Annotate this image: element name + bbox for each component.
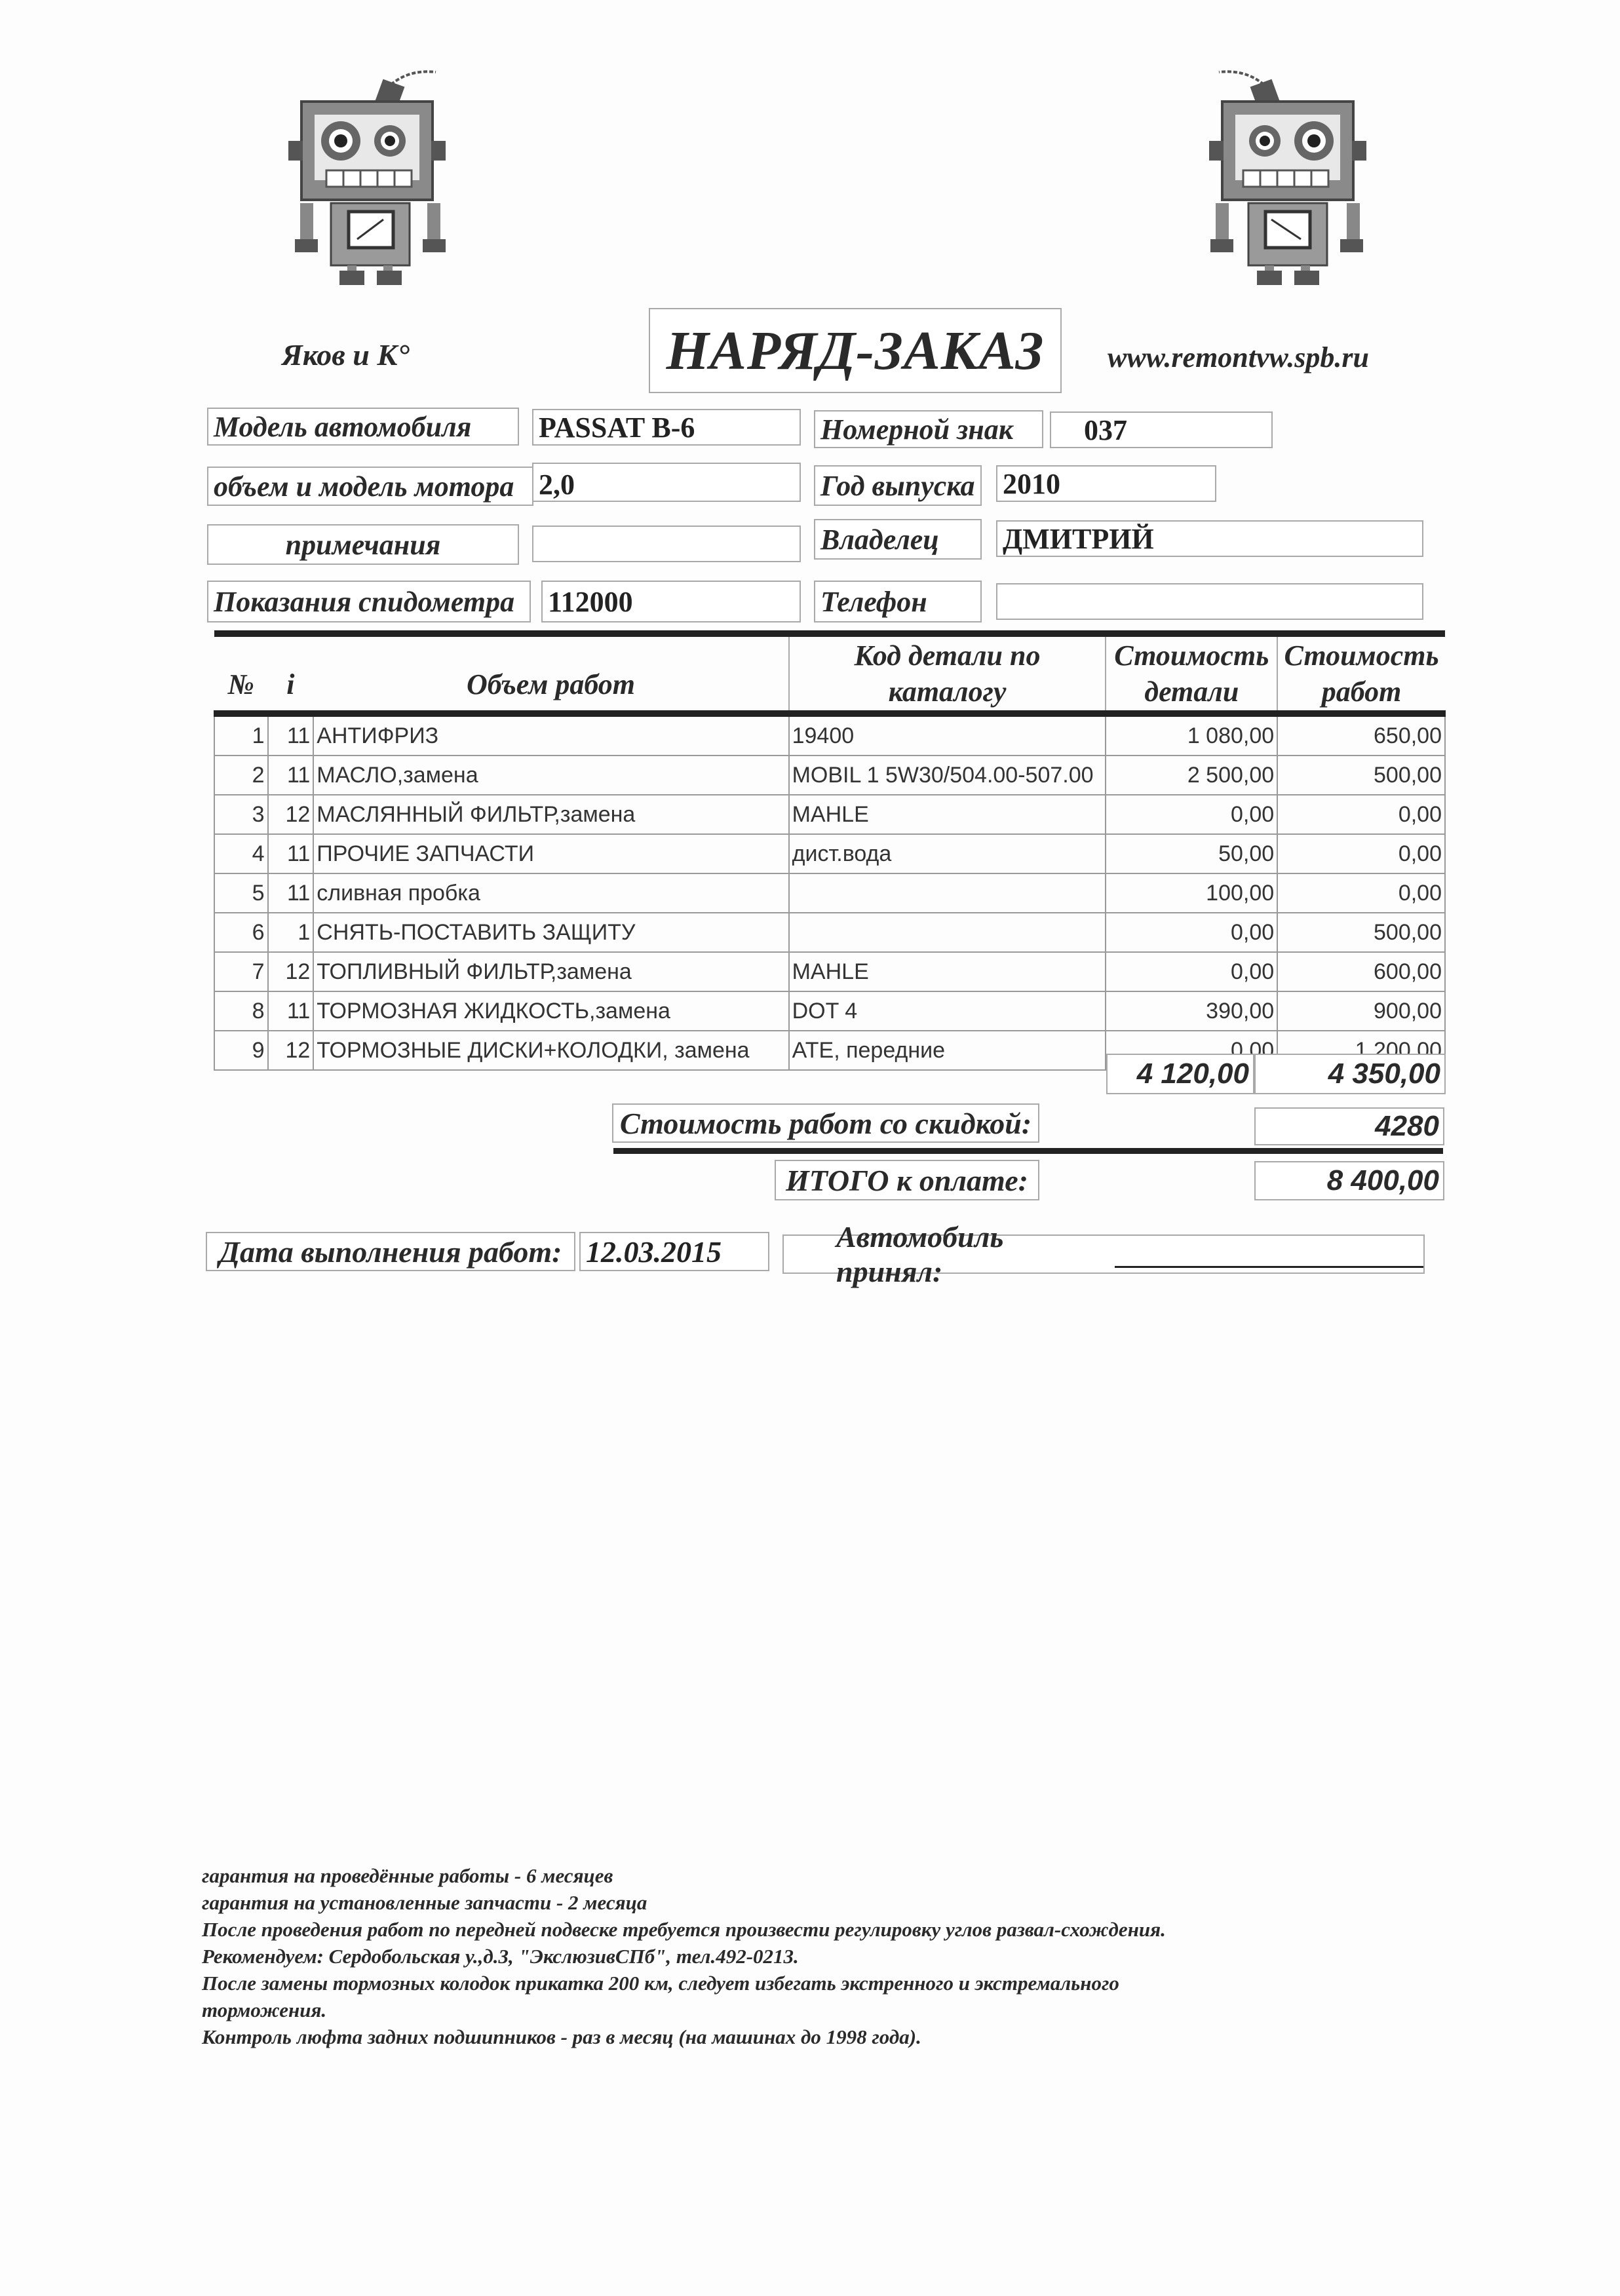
warranty-notes: гарантия на проведённые работы - 6 месяц…	[202, 1862, 1166, 2050]
col-header-work: Объем работ	[313, 634, 788, 714]
row-number: 1	[214, 714, 268, 756]
website-link[interactable]: www.remontvw.spb.ru	[1108, 341, 1369, 374]
row-part-cost: 390,00	[1106, 991, 1277, 1031]
col-header-part-code: Код детали по каталогу	[789, 634, 1106, 714]
row-work-cost: 0,00	[1277, 795, 1445, 834]
row-part-code: MAHLE	[789, 795, 1106, 834]
signature-line[interactable]	[1115, 1241, 1423, 1268]
company-name: Яков и К°	[282, 337, 410, 372]
note-line: После проведения работ по передней подве…	[202, 1916, 1166, 1943]
col-header-part-cost: Стоимость детали	[1106, 634, 1277, 714]
row-part-code: дист.вода	[789, 834, 1106, 873]
row-part-cost: 100,00	[1106, 873, 1277, 913]
plate-field[interactable]: 037	[1050, 411, 1273, 448]
row-number: 3	[214, 795, 268, 834]
accepted-label: Автомобиль принял:	[836, 1219, 1112, 1289]
row-work: ТОРМОЗНЫЕ ДИСКИ+КОЛОДКИ, замена	[313, 1031, 788, 1070]
row-i: 12	[268, 1031, 314, 1070]
table-row: 1 11 АНТИФРИЗ 19400 1 080,00 650,00	[214, 714, 1445, 756]
row-work-cost: 500,00	[1277, 913, 1445, 952]
row-part-cost: 1 080,00	[1106, 714, 1277, 756]
row-work: ПРОЧИЕ ЗАПЧАСТИ	[313, 834, 788, 873]
odometer-field[interactable]: 112000	[541, 581, 801, 622]
row-part-code: MAHLE	[789, 952, 1106, 991]
row-i: 11	[268, 756, 314, 795]
model-field[interactable]: PASSAT B-6	[532, 409, 801, 446]
robot-logo-right-icon	[1209, 62, 1379, 285]
row-i: 1	[268, 913, 314, 952]
summary-divider	[613, 1148, 1443, 1154]
row-work: СНЯТЬ-ПОСТАВИТЬ ЗАЩИТУ	[313, 913, 788, 952]
accepted-box: Автомобиль принял:	[782, 1234, 1425, 1274]
date-label: Дата выполнения работ:	[206, 1232, 575, 1271]
table-row: 6 1 СНЯТЬ-ПОСТАВИТЬ ЗАЩИТУ 0,00 500,00	[214, 913, 1445, 952]
row-work-cost: 0,00	[1277, 834, 1445, 873]
row-i: 12	[268, 952, 314, 991]
row-part-code	[789, 873, 1106, 913]
note-line: Рекомендуем: Сердобольская у.,д.3, "Эксл…	[202, 1943, 1166, 1970]
discount-label: Стоимость работ со скидкой:	[612, 1103, 1039, 1143]
col-header-i: i	[268, 634, 314, 714]
document-title: НАРЯД-ЗАКАЗ	[666, 319, 1045, 383]
row-work-cost: 650,00	[1277, 714, 1445, 756]
notes-field[interactable]	[532, 526, 801, 562]
phone-label: Телефон	[814, 581, 982, 622]
model-label: Модель автомобиля	[207, 408, 519, 446]
row-i: 11	[268, 834, 314, 873]
row-work: сливная пробка	[313, 873, 788, 913]
note-line: Контроль люфта задних подшипников - раз …	[202, 2023, 1166, 2050]
row-part-code: 19400	[789, 714, 1106, 756]
discount-value: 4280	[1254, 1107, 1444, 1145]
note-line: торможения.	[202, 1997, 1166, 2023]
document-title-box: НАРЯД-ЗАКАЗ	[649, 308, 1062, 393]
row-number: 6	[214, 913, 268, 952]
total-label: ИТОГО к оплате:	[775, 1160, 1039, 1200]
row-work-cost: 0,00	[1277, 873, 1445, 913]
row-part-code: ATE, передние	[789, 1031, 1106, 1070]
total-works: 4 350,00	[1254, 1054, 1446, 1094]
plate-label: Номерной знак	[814, 410, 1043, 448]
table-row: 2 11 МАСЛО,замена MOBIL 1 5W30/504.00-50…	[214, 756, 1445, 795]
row-number: 9	[214, 1031, 268, 1070]
works-table: № i Объем работ Код детали по каталогу С…	[214, 630, 1446, 1071]
note-line: После замены тормозных колодок прикатка …	[202, 1970, 1166, 1997]
row-work-cost: 900,00	[1277, 991, 1445, 1031]
row-part-cost: 50,00	[1106, 834, 1277, 873]
row-i: 12	[268, 795, 314, 834]
table-row: 5 11 сливная пробка 100,00 0,00	[214, 873, 1445, 913]
row-part-cost: 0,00	[1106, 795, 1277, 834]
row-number: 7	[214, 952, 268, 991]
col-header-number: №	[214, 634, 268, 714]
table-row: 8 11 ТОРМОЗНАЯ ЖИДКОСТЬ,замена DOT 4 390…	[214, 991, 1445, 1031]
total-value: 8 400,00	[1254, 1161, 1444, 1200]
table-row: 3 12 МАСЛЯННЫЙ ФИЛЬТР,замена MAHLE 0,00 …	[214, 795, 1445, 834]
row-number: 5	[214, 873, 268, 913]
col-header-work-cost: Стоимость работ	[1277, 634, 1445, 714]
row-i: 11	[268, 873, 314, 913]
row-part-cost: 2 500,00	[1106, 756, 1277, 795]
phone-field[interactable]	[996, 583, 1423, 620]
row-part-code	[789, 913, 1106, 952]
row-work: ТОРМОЗНАЯ ЖИДКОСТЬ,замена	[313, 991, 788, 1031]
table-row: 4 11 ПРОЧИЕ ЗАПЧАСТИ дист.вода 50,00 0,0…	[214, 834, 1445, 873]
row-work: ТОПЛИВНЫЙ ФИЛЬТР,замена	[313, 952, 788, 991]
row-work-cost: 600,00	[1277, 952, 1445, 991]
notes-label: примечания	[207, 524, 519, 565]
note-line: гарантия на установленные запчасти - 2 м…	[202, 1889, 1166, 1916]
row-number: 8	[214, 991, 268, 1031]
row-number: 2	[214, 756, 268, 795]
total-parts: 4 120,00	[1106, 1054, 1254, 1094]
odometer-label: Показания спидометра	[207, 581, 531, 622]
engine-label: объем и модель мотора	[207, 467, 533, 506]
row-part-code: MOBIL 1 5W30/504.00-507.00	[789, 756, 1106, 795]
row-i: 11	[268, 991, 314, 1031]
row-work: АНТИФРИЗ	[313, 714, 788, 756]
row-work-cost: 500,00	[1277, 756, 1445, 795]
robot-logo-left-icon	[275, 62, 446, 285]
table-row: 7 12 ТОПЛИВНЫЙ ФИЛЬТР,замена MAHLE 0,00 …	[214, 952, 1445, 991]
row-part-cost: 0,00	[1106, 952, 1277, 991]
year-label: Год выпуска	[814, 465, 982, 506]
row-work: МАСЛЯННЫЙ ФИЛЬТР,замена	[313, 795, 788, 834]
row-number: 4	[214, 834, 268, 873]
row-part-code: DOT 4	[789, 991, 1106, 1031]
row-i: 11	[268, 714, 314, 756]
owner-field[interactable]: ДМИТРИЙ	[996, 520, 1423, 557]
engine-field[interactable]: 2,0	[532, 463, 801, 502]
row-work: МАСЛО,замена	[313, 756, 788, 795]
year-field[interactable]: 2010	[996, 465, 1216, 502]
owner-label: Владелец	[814, 519, 982, 560]
date-field[interactable]: 12.03.2015	[579, 1232, 769, 1271]
note-line: гарантия на проведённые работы - 6 месяц…	[202, 1862, 1166, 1889]
row-part-cost: 0,00	[1106, 913, 1277, 952]
